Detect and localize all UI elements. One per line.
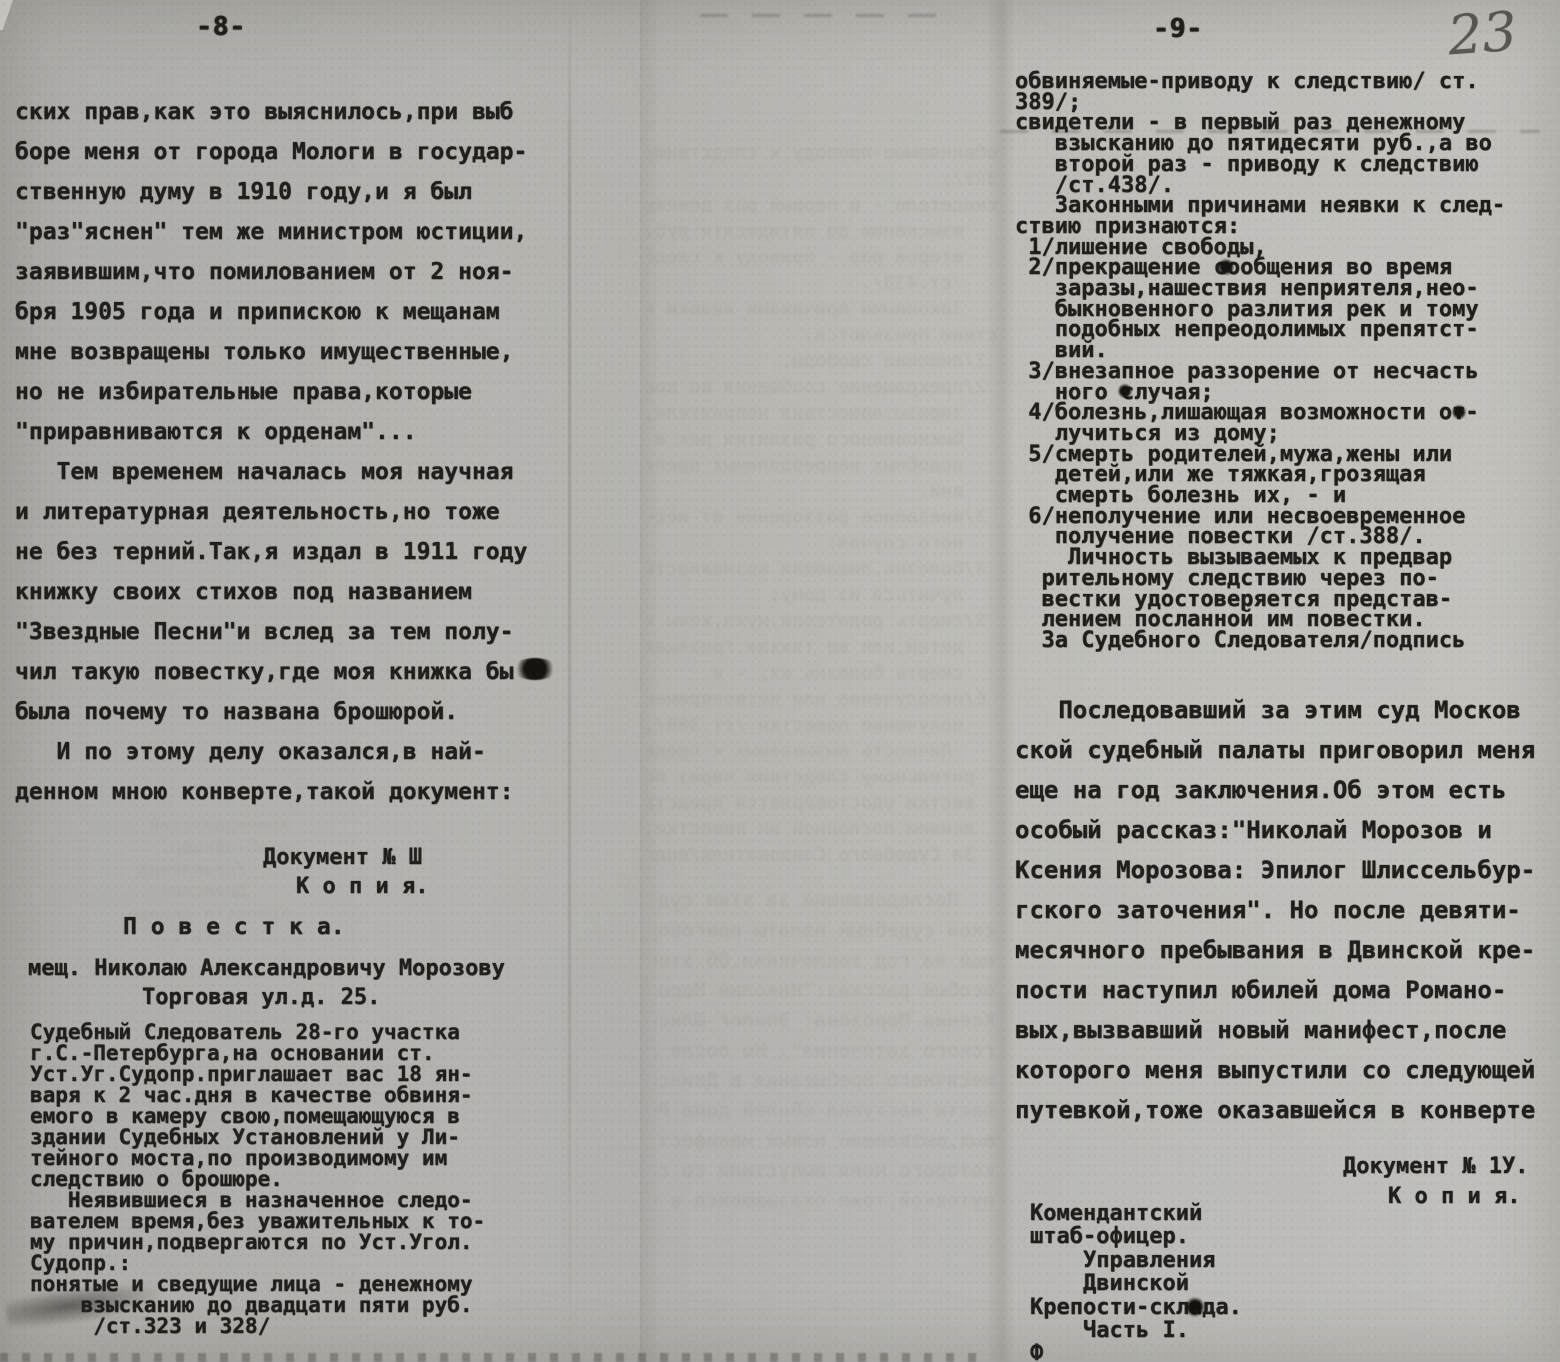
text-line: бря 1905 года и припискою к мещанам bbox=[15, 292, 527, 332]
text-line: Двинской bbox=[1030, 1272, 1242, 1295]
summons-addressee-name: мещ. Николаю Александровичу Морозову bbox=[28, 956, 505, 981]
text-line: 1/лишение свободы, bbox=[648, 348, 998, 374]
text-line: еще на год заключения.Об этом есть bbox=[1015, 770, 1535, 810]
text-line: особый рассказ:"Николай Морозов и bbox=[1015, 810, 1535, 850]
text-line: подобных непреодолимых препятст- bbox=[648, 452, 998, 478]
text-line: еще на год заключения.Об этом есть bbox=[655, 945, 995, 975]
text-line: Судебный Следователь 28-го участка bbox=[30, 1022, 485, 1043]
document-4-heading: Документ № 1У. bbox=[1343, 1154, 1528, 1179]
paper-corner-notch bbox=[0, 0, 13, 30]
text-line: ственную думу в 1910 году,и я был bbox=[15, 172, 527, 212]
text-line: заявившим,что помилованием от 2 ноя- bbox=[15, 252, 527, 292]
text-line: пости наступил юбилей дома Романо- bbox=[1015, 970, 1535, 1010]
text-line: 389/; bbox=[648, 166, 998, 192]
text-line: путевкой,тоже оказавшейся в конверте bbox=[655, 1185, 995, 1215]
text-line: тейного моста,по производимому им bbox=[30, 1148, 485, 1169]
bleed-through-text: Комендантскийштаб-офицер. Управления Дви… bbox=[40, 815, 290, 965]
text-line: была почему то названа брошюрой. bbox=[15, 692, 527, 732]
summons-title: П о в е с т к а. bbox=[123, 914, 345, 940]
text-line: штаб-офицер. bbox=[1030, 1225, 1242, 1248]
text-line: пости наступил юбилей дома Романо- bbox=[655, 1095, 995, 1125]
text-line: быкновенного разлития рек и тому bbox=[648, 426, 998, 452]
text-line: ного случая; bbox=[648, 530, 998, 556]
bleed-through-line bbox=[700, 14, 960, 17]
text-line: обвиняемые-приводу к следствию/ ст. bbox=[1015, 72, 1505, 93]
text-line: боре меня от города Мологи в государ- bbox=[15, 132, 527, 172]
handwritten-folio-number: 23 bbox=[1446, 0, 1519, 67]
ink-blot bbox=[512, 658, 558, 680]
text-line: гского заточения". Но после девяти- bbox=[1015, 890, 1535, 930]
text-line: получение повестки /ст.388/. bbox=[648, 712, 998, 738]
text-line: но не избирательные права,которые bbox=[15, 372, 527, 412]
document-3-heading: Документ № Ш bbox=[263, 845, 422, 870]
text-line: чил такую повестку,где моя книжка бы bbox=[15, 652, 527, 692]
text-line: месячного пребывания в Двинской кре- bbox=[655, 1065, 995, 1095]
text-line: денном мною конверте,такой документ: bbox=[15, 772, 527, 812]
gutter-shadow bbox=[640, 0, 666, 1362]
page9-memoir-text: Последовавший за этим суд Московской суд… bbox=[1015, 690, 1535, 1130]
text-line: "раз"яснен" тем же министром юстиции, bbox=[15, 212, 527, 252]
text-line: Часть I. bbox=[1030, 1319, 1242, 1342]
vertical-crease bbox=[568, 0, 571, 1362]
text-line: /ст.438/. bbox=[648, 270, 998, 296]
text-line: За Судебного Следователя/подпись bbox=[1015, 631, 1505, 652]
page8-memoir-text: ских прав,как это выяснилось,при выбборе… bbox=[15, 92, 527, 812]
summons-addressee-street: Торговая ул.д. 25. bbox=[142, 985, 380, 1010]
text-line: свидетели - в первый раз денежному bbox=[648, 192, 998, 218]
page-fold-crease bbox=[986, 0, 1018, 1362]
commandant-address-block: Комендантскийштаб-офицер. Управления Дви… bbox=[1030, 1202, 1242, 1362]
text-line: взысканию до пятидесяти руб.,а во bbox=[648, 218, 998, 244]
text-line: вых,вызвавший новый манифест,после bbox=[1015, 1010, 1535, 1050]
text-line: Ф bbox=[1030, 1342, 1242, 1362]
text-line: Последовавший за этим суд Москов bbox=[655, 885, 995, 915]
ink-blot bbox=[1452, 404, 1466, 420]
text-line: особый рассказ:"Николай Морозов и bbox=[655, 975, 995, 1005]
text-line: емого в камеру свою,помещающуюся в bbox=[30, 1106, 485, 1127]
text-line: 3/внезапное раззорение от несчасть bbox=[648, 504, 998, 530]
text-line: му причин,подвергаются по Уст.Угол. bbox=[30, 1232, 485, 1253]
text-line: книжку своих стихов под названием bbox=[15, 572, 527, 612]
text-line: Личность вызываемых к предвар bbox=[648, 738, 998, 764]
text-line: штаб-офицер. bbox=[40, 837, 290, 859]
text-line: Двинской bbox=[40, 881, 290, 903]
text-line: смерть болезнь их, - и bbox=[648, 660, 998, 686]
text-line: ствию признаются: bbox=[648, 322, 998, 348]
text-line: вателем время,без уважительных к то- bbox=[30, 1211, 485, 1232]
text-line: Тем временем началась моя научная bbox=[15, 452, 527, 492]
page-number-left: -8- bbox=[196, 12, 246, 42]
page-number-right: -9- bbox=[1153, 14, 1203, 44]
text-line: обвиняемые-приводу к следствию/ ст. bbox=[648, 140, 998, 166]
summons-continuation-text: обвиняемые-приводу к следствию/ ст.389/;… bbox=[1015, 72, 1505, 652]
text-line: Комендантский bbox=[40, 815, 290, 837]
text-line: 4/болезнь,лишающая возможности от- bbox=[648, 556, 998, 582]
text-line: За Судебного Следователя/подпись bbox=[648, 842, 998, 868]
text-line: не без терний.Так,я издал в 1911 году bbox=[15, 532, 527, 572]
scanned-typewritten-document: { "colors": { "paper": "#b4b3af", "ink":… bbox=[0, 0, 1560, 1362]
text-line: второй раз - приводу к следствию bbox=[648, 244, 998, 270]
text-line: И по этому делу оказался,в най- bbox=[15, 732, 527, 772]
text-line: г.С.-Петербурга,на основании ст. bbox=[30, 1043, 485, 1064]
text-line: месячного пребывания в Двинской кре- bbox=[1015, 930, 1535, 970]
text-line: лучиться из дому; bbox=[648, 582, 998, 608]
text-line: которого меня выпустили со следующей bbox=[1015, 1050, 1535, 1090]
text-line: Законными причинами неявки к след- bbox=[648, 296, 998, 322]
text-line: "приравниваются к орденам"... bbox=[15, 412, 527, 452]
text-line: Управления bbox=[1030, 1249, 1242, 1272]
cut-off-text-edge bbox=[0, 1353, 980, 1362]
text-line: ских прав,как это выяснилось,при выб bbox=[15, 92, 527, 132]
ink-blot bbox=[1218, 258, 1234, 276]
bleed-through-text: обвиняемые-приводу к следствию/ ст.389/;… bbox=[648, 140, 998, 880]
text-line: вых,вызвавший новый манифест,после bbox=[655, 1125, 995, 1155]
text-line: здании Судебных Установлений у Ли- bbox=[30, 1127, 485, 1148]
text-line: вестки удостоверяется представ- bbox=[648, 790, 998, 816]
text-line: Комендантский bbox=[1030, 1202, 1242, 1225]
text-line: Крепости-склада. bbox=[1030, 1296, 1242, 1319]
text-line: Ксения Морозова: Эпилог Шлиссельбур- bbox=[1015, 850, 1535, 890]
text-line: 6/неполучение или несвоевременное bbox=[648, 686, 998, 712]
text-line: Уст.Уг.Судопр.приглашает вас 18 ян- bbox=[30, 1064, 485, 1085]
text-line: Ксения Морозова: Эпилог Шлиссельбур- bbox=[655, 1005, 995, 1035]
text-line: вий. bbox=[648, 478, 998, 504]
document-4-copy-label: К о п и я. bbox=[1388, 1184, 1520, 1209]
ink-blot bbox=[1118, 383, 1132, 399]
text-line: варя к 2 час.дня в качестве обвиня- bbox=[30, 1085, 485, 1106]
text-line: рительному следствию через по- bbox=[648, 764, 998, 790]
text-line: которого меня выпустили со следующей bbox=[655, 1155, 995, 1185]
text-line: заразы,нашествия неприятеля,нео- bbox=[648, 400, 998, 426]
text-line: 2/прекращение сообщения во время bbox=[648, 374, 998, 400]
text-line: ской судебный палаты приговорил меня bbox=[655, 915, 995, 945]
bleed-through-text: Последовавший за этим суд Московской суд… bbox=[655, 885, 995, 1285]
text-line: лением посланной им повестки. bbox=[648, 816, 998, 842]
text-line: детей,или же тяжкая,грозящая bbox=[648, 634, 998, 660]
text-line: ской судебный палаты приговорил меня bbox=[1015, 730, 1535, 770]
text-line: Неявившиеся в назначенное следо- bbox=[30, 1190, 485, 1211]
text-line: мне возвращены только имущественные, bbox=[15, 332, 527, 372]
text-line: Судопр.: bbox=[30, 1253, 485, 1274]
text-line: Управления bbox=[40, 859, 290, 881]
text-line: и литературная деятельность,но тоже bbox=[15, 492, 527, 532]
text-line: путевкой,тоже оказавшейся в конверте bbox=[1015, 1090, 1535, 1130]
text-line: Последовавший за этим суд Москов bbox=[1015, 690, 1535, 730]
ink-blot bbox=[1186, 1296, 1204, 1318]
text-line: "Звездные Песни"и вслед за тем полу- bbox=[15, 612, 527, 652]
text-line: 5/смерть родителей,мужа,жены или bbox=[648, 608, 998, 634]
text-line: гского заточения". Но после девяти- bbox=[655, 1035, 995, 1065]
document-3-copy-label: К о п и я. bbox=[296, 874, 428, 899]
text-line: следствию о брошюре. bbox=[30, 1169, 485, 1190]
